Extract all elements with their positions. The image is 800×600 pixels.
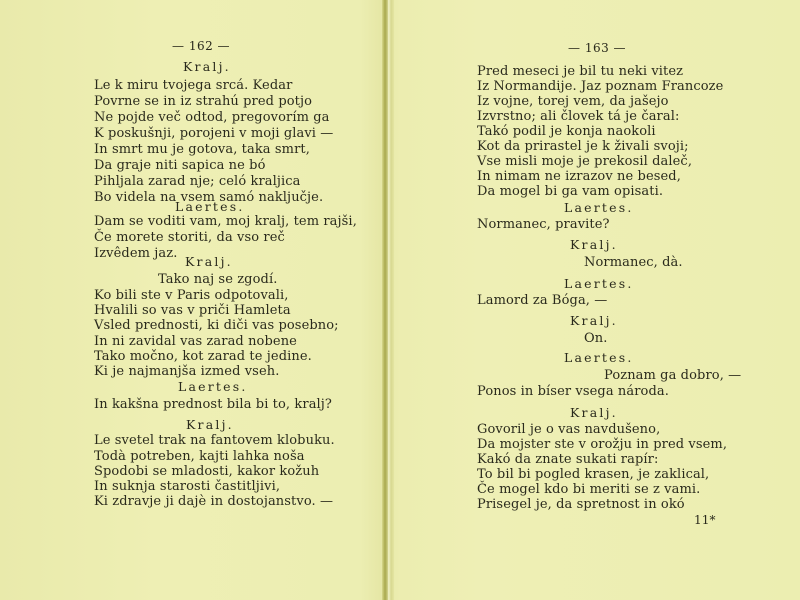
verse-line: Prisegel je, da spretnost in okó: [477, 497, 685, 513]
verse-line: Povrne se in iz strahú pred potjo: [94, 94, 312, 110]
verse-line: Spodobi se mladosti, kakor kožuh: [94, 464, 319, 480]
page-number: — 162 —: [172, 38, 230, 54]
verse-line: Iz vojne, torej vem, da jašejo: [477, 94, 669, 110]
verse-line: Todà potreben, kajti lahka noša: [94, 449, 305, 465]
verse-line: K poskušnji, porojeni v moji glavi —: [94, 126, 333, 142]
verse-line: Da graje niti sapica ne bó: [94, 158, 266, 174]
verse-line: Ponos in bíser vsega národa.: [477, 384, 669, 400]
verse-line: Če mogel kdo bi meriti se z vami.: [477, 482, 700, 498]
verse-line: In smrt mu je gotova, taka smrt,: [94, 142, 310, 158]
verse-line: Tako močno, kot zarad te jedine.: [94, 349, 312, 365]
speaker-heading: Kralj.: [570, 405, 618, 421]
verse-line: Da mojster ste v orožju in pred vsem,: [477, 437, 727, 453]
verse-line: Poznam ga dobro, —: [604, 368, 741, 384]
right-page: — 163 — Pred meseci je bil tu neki vitez…: [394, 0, 800, 600]
verse-line: Le k miru tvojega srcá. Kedar: [94, 78, 292, 94]
verse-line: Vsled prednosti, ki diči vas posebno;: [94, 318, 339, 334]
verse-line: Pihljala zarad nje; celó kraljica: [94, 174, 301, 190]
verse-line: Le svetel trak na fantovem klobuku.: [94, 433, 335, 449]
speaker-heading: Laertes.: [564, 276, 634, 292]
verse-line: To bil bi pogled krasen, je zaklical,: [477, 467, 709, 483]
speaker-heading: Kralj.: [185, 254, 233, 270]
speaker-heading: Kralj.: [570, 237, 618, 253]
verse-line: In nimam ne izrazov ne besed,: [477, 169, 681, 185]
verse-line: Hvalili so vas v priči Hamleta: [94, 303, 291, 319]
page-number: — 163 —: [568, 40, 626, 56]
verse-line: Normanec, dà.: [584, 255, 683, 271]
verse-line: Če morete storiti, da vso reč: [94, 230, 285, 246]
verse-line: Normanec, pravite?: [477, 217, 610, 233]
book-gutter: [382, 0, 394, 600]
speaker-heading: Laertes.: [178, 379, 248, 395]
signature-mark: 11*: [694, 512, 716, 528]
left-page: — 162 — Kralj. Le k miru tvojega srcá. K…: [0, 0, 382, 600]
verse-line: Govoril je o vas navdušeno,: [477, 422, 660, 438]
verse-line: Takó podil je konja naokoli: [477, 124, 656, 140]
verse-line: Ki zdravje ji dajè in dostojanstvo. —: [94, 494, 333, 510]
verse-line: On.: [584, 331, 607, 347]
verse-line: Ko bili ste v Paris odpotovali,: [94, 288, 289, 304]
verse-line: Ki je najmanjša izmed vseh.: [94, 364, 279, 380]
verse-line: Da mogel bi ga vam opisati.: [477, 184, 663, 200]
verse-line: Izvêdem jaz.: [94, 246, 177, 262]
verse-line: Lamord za Bóga, —: [477, 293, 607, 309]
verse-line: In suknja starosti častitljivi,: [94, 479, 280, 495]
verse-line: Kot da prirastel je k živali svoji;: [477, 139, 689, 155]
speaker-heading: Laertes.: [564, 350, 634, 366]
verse-line: Pred meseci je bil tu neki vitez: [477, 64, 683, 80]
speaker-heading: Laertes.: [564, 200, 634, 216]
verse-line: In kakšna prednost bila bi to, kralj?: [94, 397, 332, 413]
verse-line: In ni zavidal vas zarad nobene: [94, 334, 297, 350]
verse-line: Dam se voditi vam, moj kralj, tem rajši,: [94, 214, 357, 230]
speaker-heading: Kralj.: [183, 59, 231, 75]
verse-line: Tako naj se zgodí.: [158, 272, 277, 288]
speaker-heading: Laertes.: [175, 199, 245, 215]
verse-line: Kakó da znate sukati rapír:: [477, 452, 658, 468]
verse-line: Vse misli moje je prekosil daleč,: [477, 154, 692, 170]
verse-line: Iz Normandije. Jaz poznam Francoze: [477, 79, 723, 95]
speaker-heading: Kralj.: [186, 417, 234, 433]
verse-line: Ne pojde več odtod, pregovorím ga: [94, 110, 330, 126]
speaker-heading: Kralj.: [570, 313, 618, 329]
verse-line: Izvrstno; ali človek tá je čaral:: [477, 109, 679, 125]
